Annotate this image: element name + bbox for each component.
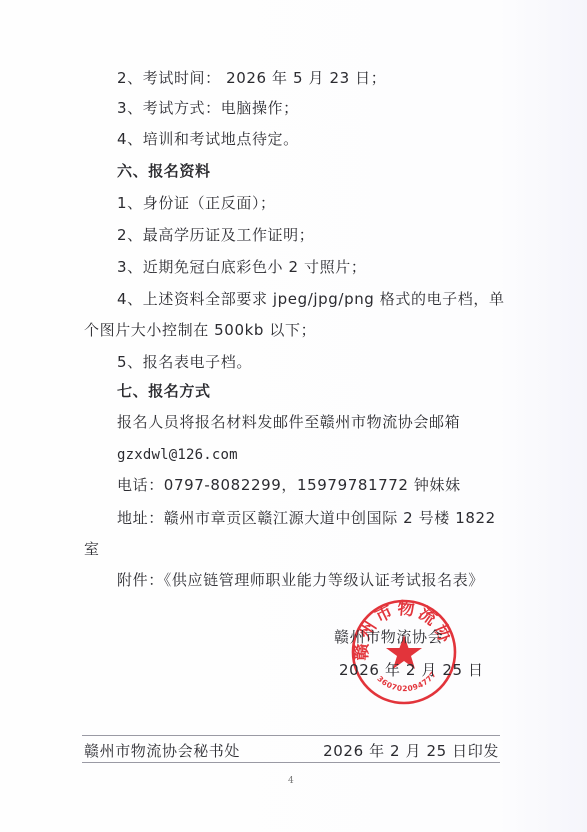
- material-item-5: 5、报名表电子档。: [117, 352, 252, 372]
- exam-time-line: 2、考试时间： 2026 年 5 月 23 日；: [117, 68, 386, 88]
- registration-attachment: 附件：《供应链管理师职业能力等级认证考试报名表》: [117, 570, 484, 590]
- page-number: 4: [288, 776, 294, 786]
- signature-date: 2026 年 2 月 25 日: [339, 660, 484, 680]
- registration-address-continued: 室: [84, 539, 100, 559]
- material-item-4-continued: 个图片大小控制在 500kb 以下；: [84, 320, 316, 340]
- registration-email: gzxdwl@126.com: [117, 445, 238, 465]
- footer-top-rule: [82, 735, 500, 736]
- registration-phone: 电话：0797-8082299，15979781772 钟妹妹: [117, 475, 461, 495]
- footer-issuer: 赣州市物流协会秘书处: [84, 741, 240, 761]
- section-7-heading: 七、报名方式: [117, 381, 211, 401]
- material-item-3: 3、近期免冠白底彩色小 2 寸照片；: [117, 257, 366, 277]
- material-item-1: 1、身份证（正反面）；: [117, 193, 276, 213]
- official-seal-stamp: 赣州市物流协会 3607020947777: [349, 597, 459, 707]
- material-item-4: 4、上述资料全部要求 jpeg/jpg/png 格式的电子档，单: [117, 289, 505, 309]
- registration-address: 地址：赣州市章贡区赣江源大道中创国际 2 号楼 1822: [117, 508, 496, 528]
- section-6-heading: 六、报名资料: [117, 161, 211, 181]
- exam-method-line: 3、考试方式：电脑操作；: [117, 98, 299, 118]
- footer-bottom-rule: [82, 762, 500, 763]
- document-page: 2、考试时间： 2026 年 5 月 23 日； 3、考试方式：电脑操作； 4、…: [0, 0, 587, 832]
- signature-organization: 赣州市物流协会: [334, 627, 443, 647]
- registration-instruction: 报名人员将报名材料发邮件至赣州市物流协会邮箱: [117, 412, 460, 432]
- material-item-2: 2、最高学历证及工作证明；: [117, 225, 314, 245]
- exam-location-line: 4、培训和考试地点待定。: [117, 129, 299, 149]
- footer-issued-date: 2026 年 2 月 25 日印发: [323, 741, 499, 761]
